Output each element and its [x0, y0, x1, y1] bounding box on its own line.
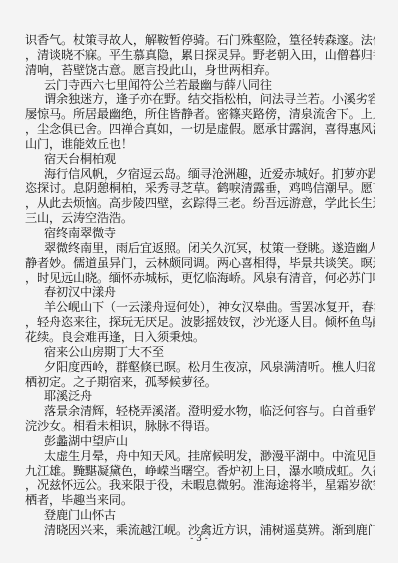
text-line: 屡惊马。所居最幽绝，所住皆静者。密篠夹路傍，清泉流舍下。上人亦何闻: [25, 106, 375, 122]
text-line: ，清谈晓不寐。平生慕真隐，累日探灵异。野老朝入田，山僧暮归寺。松泉多: [25, 47, 375, 63]
text-line: 太虚生月晕，舟中知天风。挂席候明发，渺漫平湖中。中流见匡阜，势压: [44, 448, 375, 464]
text-line: ，时见远山晓。缅怀赤城标，更忆临海峤。风泉有清音，何必苏门啸。: [25, 270, 375, 286]
page-number: - 3 -: [0, 534, 398, 544]
text-line: ，轻舟恣来往，探玩无厌足。波影摇妓钗，沙光逐人目。倾杯鱼鸟醉，联句莺: [25, 314, 375, 330]
text-line: 九江雄。黤黮凝黛色，峥嵘当曙空。香炉初上日，瀑水喷成虹。久欲追尚子: [25, 463, 375, 479]
text-line: 识香气。杖策寻故人，解鞍暂停骑。石门殊壑险，篁径转森邃。法侣欣相逢: [25, 32, 375, 48]
poem-title: 宿终南翠微寺: [44, 225, 394, 241]
text-line: ，况兹怀远公。我来限于役，未暇息微躬。淮海途将半，星霜岁欲穷。寄言岩: [25, 477, 375, 493]
text-line: ，从此去烦恼。高步陵四壁，玄踪得三老。纷吾远游意，学此长生道。日夕望: [25, 195, 375, 211]
text-line: 静者妙。儒道虽异门，云林颇同调。两心喜相得，毕景共谈笑。暝还高窗眠: [25, 255, 375, 271]
poem-title: 宿来公山房期丁大不至: [44, 344, 394, 360]
text-line: 清响，苔壁饶古意。愿言投此山，身世两相弃。: [25, 62, 375, 78]
text-line: 花续。良会难再逢，日入须秉烛。: [25, 329, 375, 345]
text-line: 恣探讨。息阴憩桐柏，采秀寻芝草。鹤唳清露垂，鸡鸣信潮早。愿言解缨绂: [25, 180, 375, 196]
poem-title: 云门寺西六七里闻符公兰若最幽与薛八同往: [44, 77, 394, 93]
poem-title: 登鹿门山怀古: [44, 507, 394, 523]
text-line: 三山，云涛空浩浩。: [25, 210, 375, 226]
text-line: 夕阳度西岭，群壑倏已暝。松月生夜凉，风泉满清听。樵人归欲尽，烟鸟: [44, 359, 375, 375]
text-line: 栖初定。之子期宿来，孤琴候萝径。: [25, 374, 375, 390]
text-line: 落景余清辉，轻桡弄溪渚。澄明爱水物，临泛何容与。白首垂钓翁，新妆: [44, 403, 375, 419]
poem-title: 耶溪泛舟: [44, 388, 394, 404]
text-line: 山门，谁能效丘也！: [25, 136, 375, 152]
text-line: 浣沙女。相看未相识，脉脉不得语。: [25, 418, 375, 434]
text-line: 海行信风帆，夕宿逗云岛。缅寻沧洲趣，近爱赤城好。扪萝亦践苔，辍棹: [44, 166, 375, 182]
poem-title: 春初汉中漾舟: [44, 284, 394, 300]
text-line: 羊公岘山下（一云漾舟逗何处），神女汉皋曲。雪罢冰复开，春潭千丈绿: [44, 299, 375, 315]
poem-title: 彭蠡湖中望庐山: [44, 433, 394, 449]
document-page: 识香气。杖策寻故人，解鞍暂停骑。石门殊壑险，篁径转森邃。法侣欣相逢 ，清谈晓不寐…: [0, 0, 398, 563]
text-line: 谓余独迷方，逢子亦在野。结交指松柏，问法寻兰若。小溪劣容舟，怪石: [44, 91, 375, 107]
poem-title: 宿天台桐柏观: [44, 151, 394, 167]
text-line: 翠微终南里，雨后宜返照。闭关久沉冥，杖策一登眺。遂造幽人室，始知: [44, 240, 375, 256]
text-line: ，尘念俱已舍。四禅合真如，一切是虚假。愿承甘露润，喜得惠风洒。依止此: [25, 121, 375, 137]
text-line: 栖者，毕趣当来同。: [25, 492, 375, 508]
